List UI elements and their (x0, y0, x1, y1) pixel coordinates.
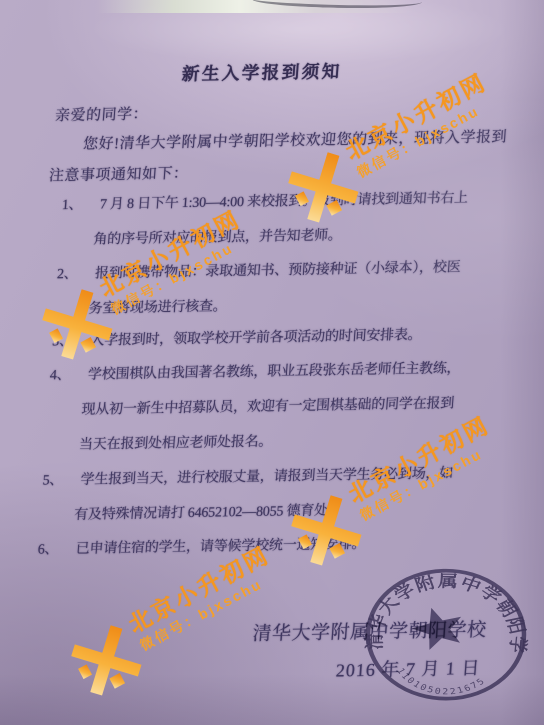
item-2-number: 2、 (56, 263, 78, 283)
item-5-line-1: 学生报到当天，进行校服丈量，请报到当天学生务必到场，如 (80, 462, 454, 489)
item-5-number: 5、 (42, 469, 64, 489)
item-6-number: 6、 (37, 538, 59, 558)
item-1-line-1: 7 月 8 日下午 1:30—4:00 来校报到。报到时请找到通知书右上 (99, 187, 468, 213)
star-icon (407, 602, 470, 652)
salutation: 亲爱的同学： (54, 103, 148, 126)
notice-title: 新生入学报到须知 (181, 58, 343, 86)
item-3-line-1: 入学报到时，领取学校开学前各项活动的时间安排表。 (90, 324, 423, 350)
item-5-line-2: 有及特殊情况请打 64652102—8055 德育处。 (74, 499, 343, 524)
item-2-line-1: 报到时携带物品：录取通知书、预防接种证（小绿本），校医 (94, 256, 461, 282)
item-1-line-2: 角的序号所对应的报到点，并告知老师。 (93, 224, 343, 248)
intro-line: 注意事项通知如下： (48, 162, 189, 185)
photographed-notice: 新生入学报到须知 亲爱的同学： 您好!清华大学附属中学朝阳学校欢迎您的到来，现将… (0, 0, 544, 725)
school-seal: 清华大学附属中学朝阳学校 1101050221675 (358, 563, 534, 707)
item-1-number: 1、 (61, 194, 83, 214)
item-4-line-3: 当天在报到处相应老师处报名。 (78, 430, 273, 453)
item-2-line-2: 务室将现场进行核查。 (88, 295, 227, 317)
seal-ring-text: 清华大学附属中学朝阳学校 (358, 563, 531, 660)
item-4-line-2: 现从初一新生中招募队员，欢迎有一定围棋基础的同学在报到 (81, 392, 455, 419)
item-4-number: 4、 (49, 364, 71, 384)
item-3-number: 3、 (52, 330, 74, 350)
item-4-line-1: 学校围棋队由我国著名教练，职业五段张东岳老师任主教练， (87, 357, 461, 384)
intro-line: 您好!清华大学附属中学朝阳学校欢迎您的到来，现将入学报到 (82, 125, 507, 153)
svg-text:清华大学附属中学朝阳学校: 清华大学附属中学朝阳学校 (358, 563, 531, 660)
item-6-line-1: 已申请住宿的学生，请等候学校统一通知安排。 (75, 533, 366, 558)
